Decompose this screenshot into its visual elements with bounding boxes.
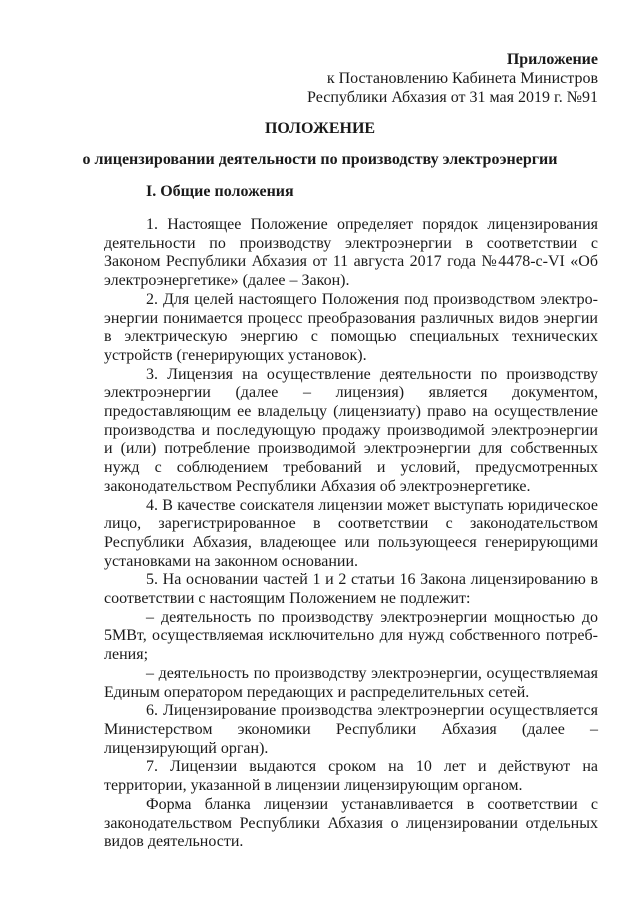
appendix-title: Приложение: [307, 50, 598, 69]
appendix-header: Приложение к Постановлению Кабинета Мини…: [307, 50, 598, 107]
list-item-2: – деятельность по производству электроэн…: [104, 665, 598, 702]
document-subtitle: о лицензировании деятельности по произво…: [0, 151, 640, 169]
paragraph-form: Форма бланка лицензии устанавливается в …: [104, 796, 598, 852]
appendix-line-2: Республики Абхазия от 31 мая 2019 г. №91: [307, 88, 598, 107]
paragraph-1: 1. Настоящее Положение определяет порядо…: [104, 216, 598, 291]
paragraph-3: 3. Лицензия на осуществление деятельност…: [104, 366, 598, 497]
list-item-1: – деятельность по производству электроэн…: [104, 609, 598, 665]
paragraph-5: 5. На основании частей 1 и 2 статьи 16 З…: [104, 571, 598, 608]
paragraph-4: 4. В качестве соискателя лицензии может …: [104, 497, 598, 572]
document-body: 1. Настоящее Положение определяет порядо…: [104, 216, 598, 852]
paragraph-6: 6. Лицензирование производства электроэн…: [104, 702, 598, 758]
paragraph-2: 2. Для целей настоящего Положения под пр…: [104, 291, 598, 366]
appendix-line-1: к Постановлению Кабинета Министров: [307, 69, 598, 88]
paragraph-7: 7. Лицензии выдаются сроком на 10 лет и …: [104, 758, 598, 795]
section-heading: I. Общие положения: [146, 183, 294, 201]
document-title: ПОЛОЖЕНИЕ: [0, 120, 640, 138]
